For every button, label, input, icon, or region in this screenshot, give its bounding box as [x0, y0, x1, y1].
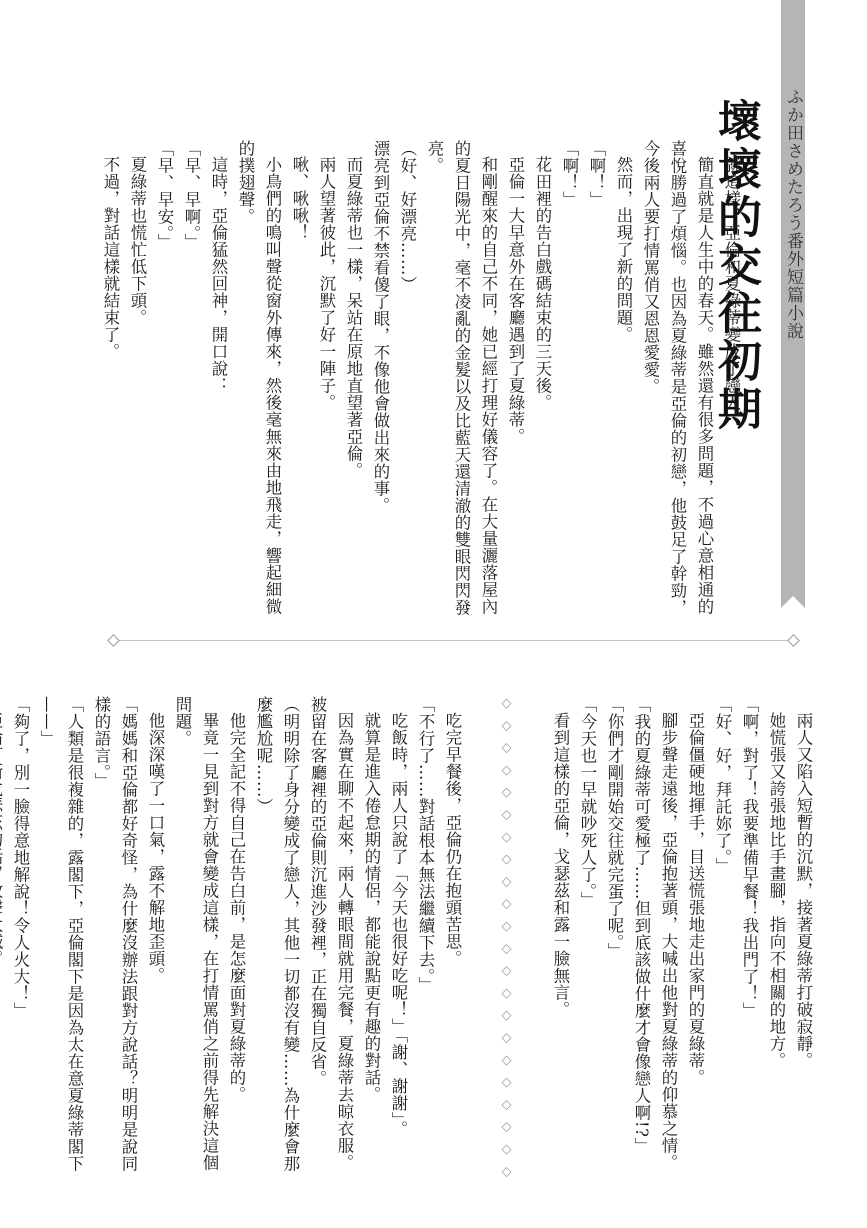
paragraph: 就算是進入倦怠期的情侶，都能說點更有趣的對話。: [358, 696, 385, 1180]
dialogue: 「我的夏綠蒂可愛極了……但到底該做什麼才會像戀人啊!?」: [628, 696, 655, 1180]
paragraph: 和剛醒來的自己不同，她已經打理好儀容了。在大量灑落屋內的夏日陽光中，毫不凌亂的金…: [421, 140, 502, 622]
dialogue: 「早、早安。」: [151, 140, 178, 622]
series-label: ふか田さめたろう番外短篇小說: [781, 88, 805, 340]
dialogue: 「啊，對了！我要準備早餐！我出門了！」: [736, 696, 763, 1180]
dialogue: 「夠了，別一臉得意地解說！令人火大！」: [7, 696, 34, 1180]
bottom-text-block: 兩人又陷入短暫的沉默，接著夏綠蒂打破寂靜。 她慌張又誇張地比手畫腳，指向不相關的…: [0, 696, 817, 1180]
paragraph: 腳步聲走遠後，亞倫抱著頭，大喊出他對夏綠蒂的仰慕之情。: [655, 696, 682, 1180]
paragraph: 小鳥們的鳴叫聲從窗外傳來，然後毫無來由地飛走，響起細微的撲翅聲。: [232, 140, 286, 622]
dialogue: 「啊！」: [556, 140, 583, 622]
dialogue: 「好、好，拜託妳了。」: [709, 696, 736, 1180]
paragraph: 漂亮到亞倫不禁看傻了眼，不像他會做出來的事。: [367, 140, 394, 622]
paragraph: 她慌張又誇張地比手畫腳，指向不相關的地方。: [763, 696, 790, 1180]
section-divider: [112, 640, 798, 641]
paragraph: 亞倫僵硬地揮手，目送慌張地走出家門的夏綠蒂。: [682, 696, 709, 1180]
paragraph: 花田裡的告白戲碼結束的三天後。: [529, 140, 556, 622]
paragraph: 然而，出現了新的問題。: [610, 140, 637, 622]
paragraph: 他完全記不得自己在告白前，是怎麼面對夏綠蒂的。: [223, 696, 250, 1180]
inner-thought: （明明除了身分變成了戀人，其他一切都沒有變……為什麼會那麼尷尬呢……）: [250, 696, 304, 1180]
top-text-block: 就這樣，亞倫和夏綠蒂變成了戀人。 簡直就是人生中的春天。雖然還有很多問題，不過心…: [97, 140, 745, 622]
dialogue: 「你們才剛開始交往就完蛋了呢。」: [601, 696, 628, 1180]
dialogue: 「早、早啊。」: [178, 140, 205, 622]
paragraph: 因為實在聊不起來，兩人轉眼間就用完餐，夏綠蒂去晾衣服。被留在客廳裡的亞倫則沉進沙…: [304, 696, 358, 1180]
dialogue: 「啊！」: [583, 140, 610, 622]
dialogue: 「媽媽和亞倫都好奇怪，為什麼沒辦法跟對方說話？明明是說同樣的語言。」: [88, 696, 142, 1180]
dialogue: 「今天也一早就吵死人了。」: [574, 696, 601, 1180]
paragraph: 簡直就是人生中的春天。雖然還有很多問題，不過心意相通的喜悅勝過了煩惱。也因為夏綠…: [637, 140, 718, 622]
divider-diamond-right-icon: [787, 634, 800, 647]
divider-diamond-left-icon: [107, 634, 120, 647]
paragraph: 吃飯時，兩人只說了「今天也很好吃呢！」「謝、謝謝」。: [385, 696, 412, 1180]
paragraph: 看到這樣的亞倫，戈瑟茲和露一臉無言。: [547, 696, 574, 1180]
paragraph: 啾、啾啾！: [286, 140, 313, 622]
paragraph: 不過，對話這樣就結束了。: [97, 140, 124, 622]
paragraph: 就這樣，亞倫和夏綠蒂變成了戀人。: [718, 140, 745, 622]
dialogue: 「人類是很複雜的，露閣下，亞倫閣下是因為太在意夏綠蒂閣下——」: [34, 696, 88, 1180]
dialogue: 「不行了……對話根本無法繼續下去。」: [412, 696, 439, 1180]
paragraph: 亞倫一大早意外在客廳遇到了夏綠蒂。: [502, 140, 529, 622]
paragraph: 畢竟一見到對方就會變成這樣，在打情罵俏之前得先解決這個問題。: [169, 696, 223, 1180]
paragraph: 夏綠蒂也慌忙低下頭。: [124, 140, 151, 622]
paragraph: 他深深嘆了一口氣，露不解地歪頭。: [142, 696, 169, 1180]
scene-break: ◇◇◇◇◇◇◇◇◇◇◇◇◇◇◇◇◇◇◇◇◇◇: [493, 696, 520, 1180]
ribbon-notch: [781, 596, 805, 608]
paragraph: 而夏綠蒂也一樣，呆站在原地直望著亞倫。: [340, 140, 367, 622]
inner-thought: （好、好漂亮……）: [394, 140, 421, 622]
paragraph: 兩人望著彼此，沉默了好一陣子。: [313, 140, 340, 622]
paragraph: 兩人又陷入短暫的沉默，接著夏綠蒂打破寂靜。: [790, 696, 817, 1180]
paragraph: 吃完早餐後，亞倫仍在抱頭苦思。: [439, 696, 466, 1180]
paragraph: 亞倫打斷戈瑟茲的話，放聲大喊。: [0, 696, 7, 1180]
paragraph: 這時，亞倫猛然回神，開口說：: [205, 140, 232, 622]
